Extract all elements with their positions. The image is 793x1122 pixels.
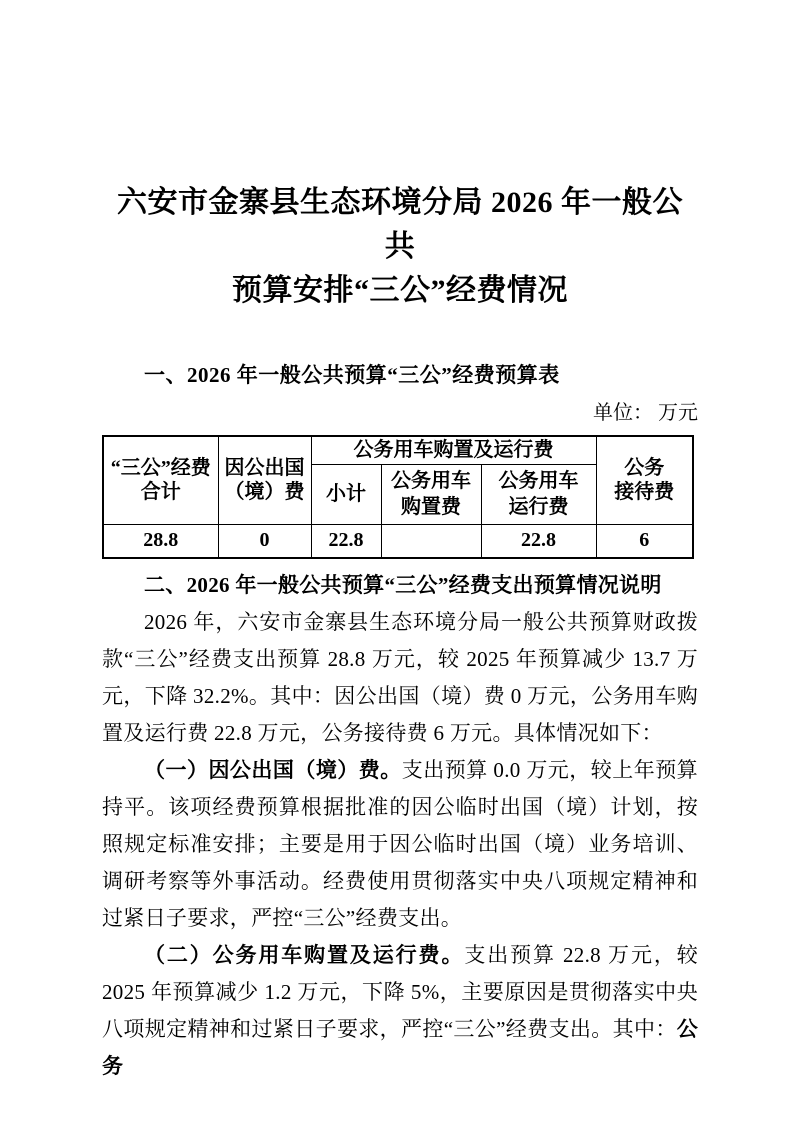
bold-text-segment: （一）因公出国（境）费。	[144, 758, 402, 782]
title-line-1: 六安市金寨县生态环境分局 2026 年一般公共	[102, 181, 698, 269]
th-abroad: 因公出国 （境）费	[218, 436, 311, 524]
section2-heading: 二、2026 年一般公共预算“三公”经费支出预算情况说明	[102, 567, 698, 604]
table-row: 28.8 0 22.8 22.8 6	[103, 524, 693, 558]
td-total: 28.8	[103, 524, 218, 558]
th-reception: 公务 接待费	[596, 436, 693, 524]
td-subtotal: 22.8	[311, 524, 381, 558]
th-vehicle-purchase: 公务用车 购置费	[381, 464, 481, 524]
th-subtotal: 小计	[311, 464, 381, 524]
th-total: “三公”经费 合计	[103, 436, 218, 524]
th-vehicle-operation: 公务用车 运行费	[481, 464, 596, 524]
body-block: 二、2026 年一般公共预算“三公”经费支出预算情况说明 2026 年，六安市金…	[102, 567, 698, 1085]
title-line-2: 预算安排“三公”经费情况	[102, 269, 698, 313]
body-paragraphs: 2026 年，六安市金寨县生态环境分局一般公共预算财政拨款“三公”经费支出预算 …	[102, 604, 698, 1085]
td-abroad: 0	[218, 524, 311, 558]
document-title: 六安市金寨县生态环境分局 2026 年一般公共 预算安排“三公”经费情况	[102, 0, 698, 313]
td-vehicle-purchase	[381, 524, 481, 558]
budget-table: “三公”经费 合计 因公出国 （境）费 公务用车购置及运行费 公务 接待费 小计…	[102, 435, 694, 559]
paragraph: （二）公务用车购置及运行费。支出预算 22.8 万元，较 2025 年预算减少 …	[102, 937, 698, 1085]
paragraph: 2026 年，六安市金寨县生态环境分局一般公共预算财政拨款“三公”经费支出预算 …	[102, 604, 698, 752]
text-segment: 支出预算 0.0 万元，较上年预算持平。该项经费预算根据批准的因公临时出国（境）…	[102, 758, 698, 930]
th-vehicle-group: 公务用车购置及运行费	[311, 436, 596, 464]
page-content: 六安市金寨县生态环境分局 2026 年一般公共 预算安排“三公”经费情况 一、2…	[102, 0, 698, 1085]
td-vehicle-operation: 22.8	[481, 524, 596, 558]
unit-label: 单位： 万元	[102, 401, 698, 426]
paragraph: （一）因公出国（境）费。支出预算 0.0 万元，较上年预算持平。该项经费预算根据…	[102, 752, 698, 937]
document-page: 六安市金寨县生态环境分局 2026 年一般公共 预算安排“三公”经费情况 一、2…	[0, 0, 793, 1122]
bold-text-segment: （二）公务用车购置及运行费。	[144, 943, 464, 967]
td-reception: 6	[596, 524, 693, 558]
section1-heading: 一、2026 年一般公共预算“三公”经费预算表	[102, 361, 698, 389]
text-segment: 2026 年，六安市金寨县生态环境分局一般公共预算财政拨款“三公”经费支出预算 …	[102, 610, 698, 745]
